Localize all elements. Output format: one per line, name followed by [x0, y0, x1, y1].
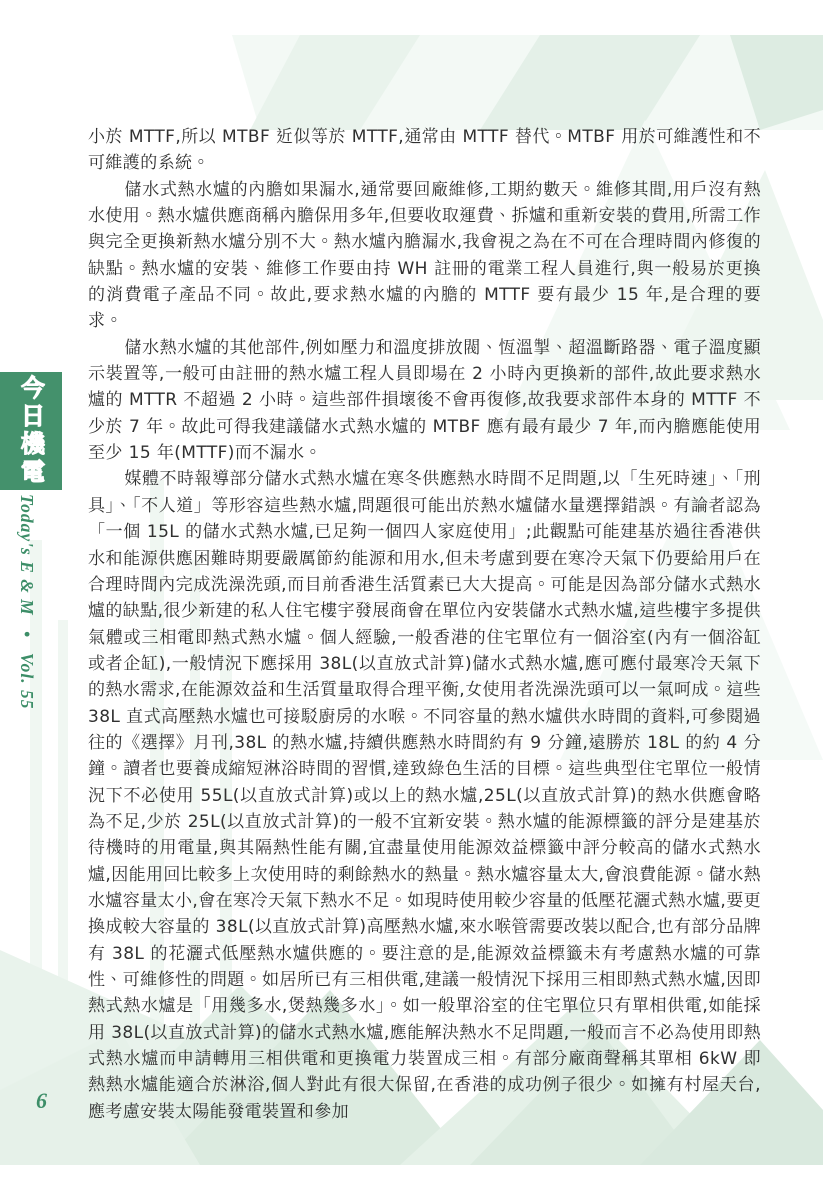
- body-paragraph: 小於 MTTF,所以 MTBF 近似等於 MTTF,通常由 MTTF 替代。MT…: [88, 124, 761, 177]
- article-body: 小於 MTTF,所以 MTBF 近似等於 MTTF,通常由 MTTF 替代。MT…: [88, 124, 761, 1125]
- masthead-volume: Vol. 55: [17, 653, 37, 710]
- masthead-english: Today's E & M•Vol. 55: [16, 494, 37, 794]
- masthead-block: 今日機電: [0, 372, 62, 490]
- body-paragraph: 儲水熱水爐的其他部件,例如壓力和溫度排放閥、恆溫掣、超溫斷路器、電子溫度顯示裝置…: [88, 335, 761, 467]
- masthead-english-title: Today's E & M: [17, 494, 37, 616]
- page-number: 6: [36, 1088, 47, 1114]
- magazine-page: 今日機電 Today's E & M•Vol. 55 6 小於 MTTF,所以 …: [0, 0, 823, 1200]
- body-paragraph: 媒體不時報導部分儲水式熱水爐在寒冬供應熱水時間不足問題,以「生死時速」、「刑具」…: [88, 466, 761, 1125]
- body-paragraph: 儲水式熱水爐的內膽如果漏水,通常要回廠維修,工期約數天。維修其間,用戶沒有熱水使…: [88, 177, 761, 335]
- masthead-separator-dot: •: [17, 631, 37, 638]
- masthead-chinese-title: 今日機電: [14, 375, 49, 487]
